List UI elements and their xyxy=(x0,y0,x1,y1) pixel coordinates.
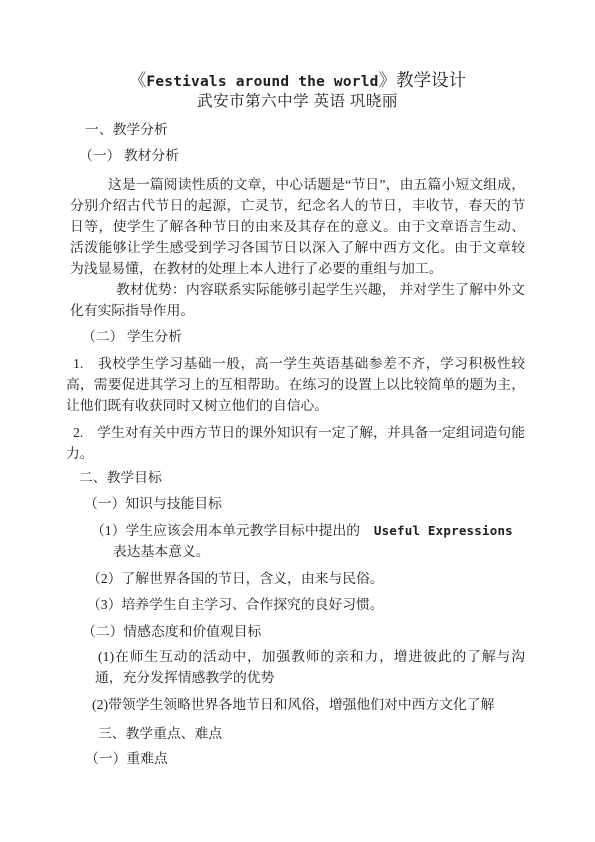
heading-student-analysis: （二） 学生分析 xyxy=(82,326,182,347)
doc-title: 《Festivals around the world》教学设计 xyxy=(0,69,595,93)
list-item-student-1: 1. 我校学生学习基础一般，高一学生英语基础参差不齐，学习积极性较高，需要促进其… xyxy=(66,353,525,416)
doc-byline: 武安市第六中学 英语 巩晓丽 xyxy=(0,91,595,112)
heading-key-difficult-points: 三、教学重点、难点 xyxy=(98,723,222,744)
para-material-advantages: 教材优势：内容联系实际能够引起学生兴趣， 并对学生了解中外文化有实际指导作用。 xyxy=(70,279,525,321)
list-item-knowledge-2: （2）了解世界各国的节日，含义，由来与民俗。 xyxy=(87,568,384,589)
heading-teaching-goals: 二、教学目标 xyxy=(79,467,162,488)
heading-emotion-value-goals: （二）情感态度和价值观目标 xyxy=(82,621,261,642)
list-item-emotion-1: (1)在师生互动的活动中，加强教师的亲和力，增进彼此的了解与沟通，充分发挥情感教… xyxy=(95,646,525,688)
doc-title-bracket-open: 《 xyxy=(129,70,147,90)
para-material-analysis: 这是一篇阅读性质的文章，中心话题是“节日”，由五篇小短文组成，分别介绍古代节日的… xyxy=(70,174,525,279)
doc-title-en: Festivals around the world xyxy=(146,74,378,90)
list-item-knowledge-1-zh: （1）学生应该会用本单元教学目标中提出的 xyxy=(91,523,374,538)
doc-title-bracket-close: 》 xyxy=(379,70,397,90)
heading-teaching-analysis: 一、教学分析 xyxy=(85,119,168,140)
list-item-student-2: 2. 学生对有关中西方节日的课外知识有一定了解，并具备一定组词造句能力。 xyxy=(66,422,525,464)
heading-knowledge-skill-goals: （一）知识与技能目标 xyxy=(84,493,222,514)
doc-title-suffix: 教学设计 xyxy=(396,70,466,90)
list-item-emotion-2: (2)带领学生领略世界各地节日和风俗，增强他们对中西方文化了解 xyxy=(92,694,494,715)
heading-key-points-sub: （一）重难点 xyxy=(85,748,168,769)
list-item-knowledge-3: （3）培养学生自主学习、合作探究的良好习惯。 xyxy=(87,594,384,615)
list-item-knowledge-1: （1）学生应该会用本单元教学目标中提出的 Useful Expressions … xyxy=(91,520,515,562)
list-item-knowledge-1-en: Useful Expressions xyxy=(374,523,513,538)
heading-material-analysis: （一） 教材分析 xyxy=(79,145,179,166)
document-page: 《Festivals around the world》教学设计 武安市第六中学… xyxy=(0,0,595,842)
